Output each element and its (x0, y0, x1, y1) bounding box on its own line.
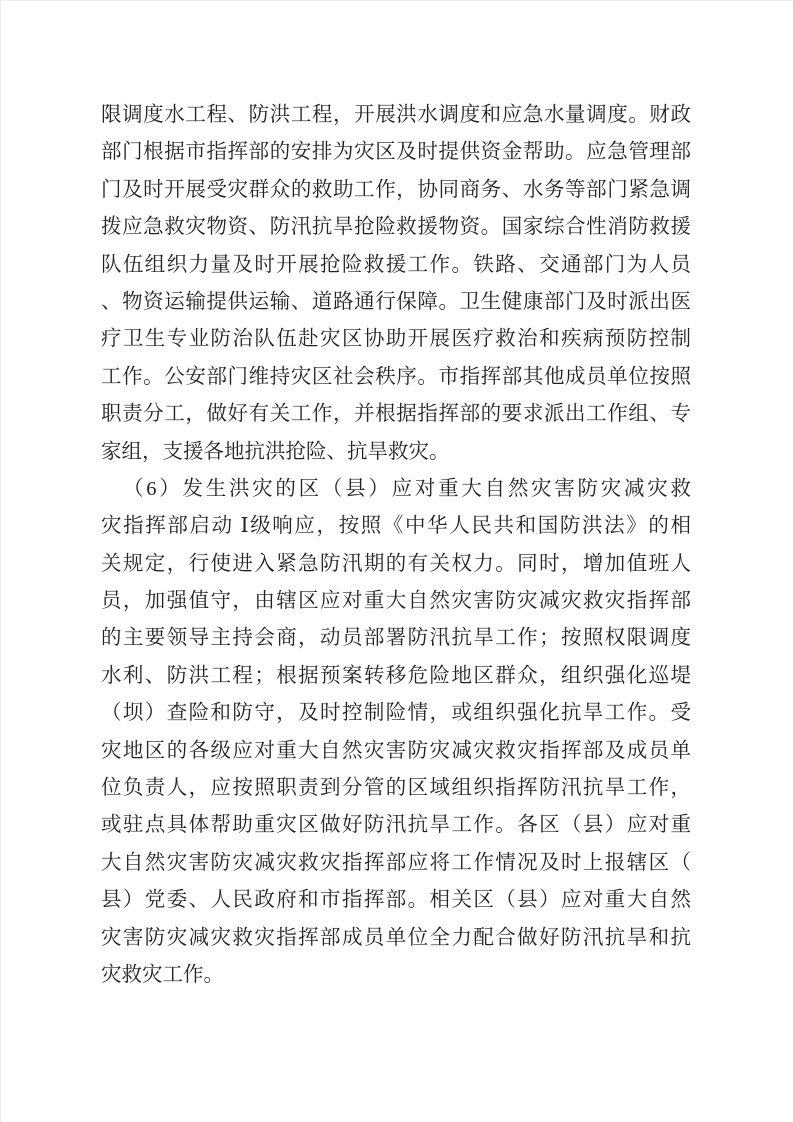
paragraph-item-6: （6）发生洪灾的区（县）应对重大自然灾害防灾减灾救 灾指挥部启动 Ⅰ级响应，按照… (101, 471, 691, 994)
text-line: 工作。公安部门维持灾区社会秩序。市指挥部其他成员单位按照 (101, 359, 691, 396)
text-line: 、物资运输提供运输、道路通行保障。卫生健康部门及时派出医 (101, 284, 691, 321)
text-line: 队伍组织力量及时开展抢险救援工作。铁路、交通部门为人员 (101, 247, 691, 284)
text-line: 员，加强值守，由辖区应对重大自然灾害防灾减灾救灾指挥部 (101, 583, 691, 620)
text-line: 拨应急救灾物资、防汛抗旱抢险救援物资。国家综合性消防救援 (101, 209, 691, 246)
text-line: 门及时开展受灾群众的救助工作，协同商务、水务等部门紧急调 (101, 172, 691, 209)
text-line: 疗卫生专业防治队伍赴灾区协助开展医疗救治和疾病预防控制 (101, 321, 691, 358)
text-line: 限调度水工程、防洪工程，开展洪水调度和应急水量调度。财政 (101, 97, 691, 134)
text-line: 灾指挥部启动 Ⅰ级响应，按照《中华人民共和国防洪法》的相 (101, 508, 691, 545)
text-line: 的主要领导主持会商，动员部署防汛抗旱工作；按照权限调度 (101, 620, 691, 657)
text-line: （6）发生洪灾的区（县）应对重大自然灾害防灾减灾救 (101, 471, 691, 508)
text-line: 水利、防洪工程；根据预案转移危险地区群众，组织强化巡堤 (101, 658, 691, 695)
document-page: 限调度水工程、防洪工程，开展洪水调度和应急水量调度。财政 部门根据市指挥部的安排… (0, 0, 793, 1122)
paragraph-continuation: 限调度水工程、防洪工程，开展洪水调度和应急水量调度。财政 部门根据市指挥部的安排… (101, 97, 691, 471)
text-line: 灾害防灾减灾救灾指挥部成员单位全力配合做好防汛抗旱和抗 (101, 920, 691, 957)
text-line: 职责分工，做好有关工作，并根据指挥部的要求派出工作组、专 (101, 396, 691, 433)
text-line: 大自然灾害防灾减灾救灾指挥部应将工作情况及时上报辖区（ (101, 845, 691, 882)
text-line: 灾地区的各级应对重大自然灾害防灾减灾救灾指挥部及成员单 (101, 733, 691, 770)
text-line: 位负责人，应按照职责到分管的区域组织指挥防汛抗旱工作， (101, 770, 691, 807)
text-line: （坝）查险和防守，及时控制险情，或组织强化抗旱工作。受 (101, 695, 691, 732)
text-line: 部门根据市指挥部的安排为灾区及时提供资金帮助。应急管理部 (101, 134, 691, 171)
text-line: 关规定，行使进入紧急防汛期的有关权力。同时，增加值班人 (101, 546, 691, 583)
text-line: 县）党委、人民政府和市指挥部。相关区（县）应对重大自然 (101, 882, 691, 919)
text-block: 限调度水工程、防洪工程，开展洪水调度和应急水量调度。财政 部门根据市指挥部的安排… (101, 97, 691, 994)
text-line: 或驻点具体帮助重灾区做好防汛抗旱工作。各区（县）应对重 (101, 807, 691, 844)
text-line: 灾救灾工作。 (101, 957, 691, 994)
text-line: 家组，支援各地抗洪抢险、抗旱救灾。 (101, 434, 691, 471)
